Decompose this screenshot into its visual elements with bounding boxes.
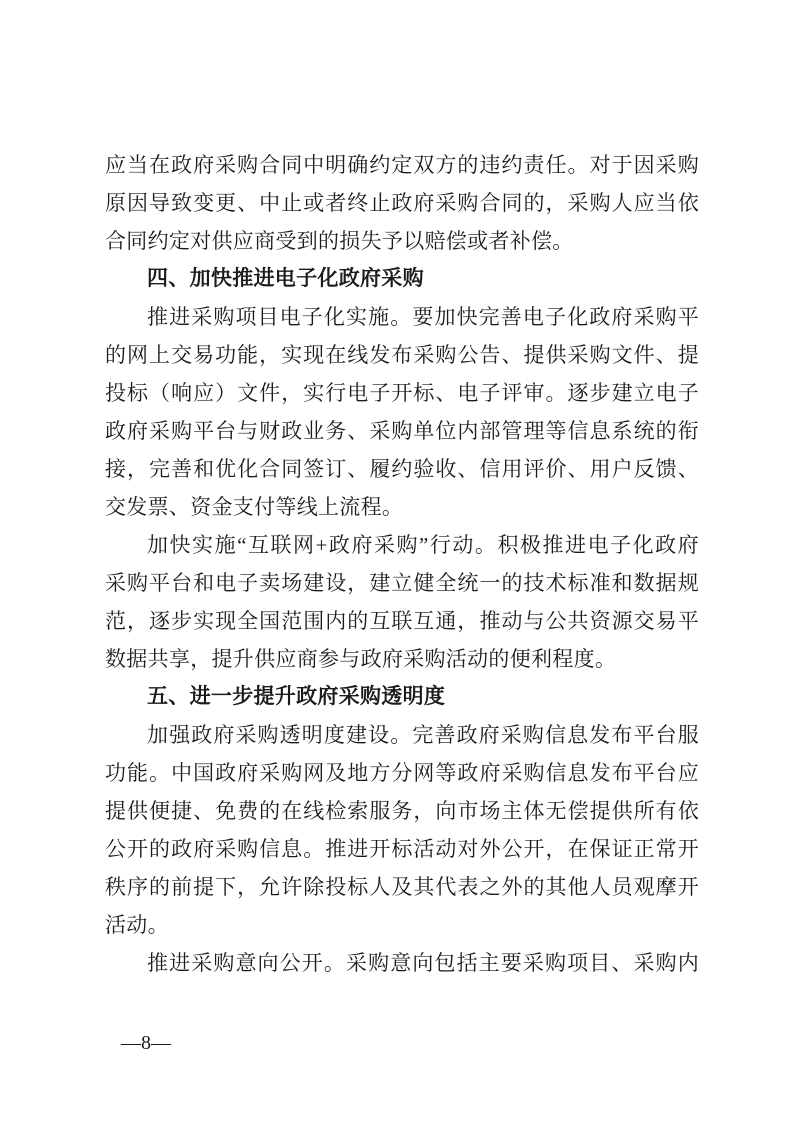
paragraph: 推进采购项目电子化实施。要加快完善电子化政府采购平台 的网上交易功能，实现在线发… (105, 298, 699, 526)
section-heading-5: 五、进一步提升政府采购透明度 (105, 678, 699, 716)
section-heading-4: 四、加快推进电子化政府采购 (105, 260, 699, 298)
text-line: 的网上交易功能，实现在线发布采购公告、提供采购文件、提交 (105, 336, 699, 374)
text-line: 合同约定对供应商受到的损失予以赔偿或者补偿。 (105, 222, 699, 260)
text-line: 推进采购项目电子化实施。要加快完善电子化政府采购平台 (105, 298, 699, 336)
text-line: 加强政府采购透明度建设。完善政府采购信息发布平台服务 (105, 716, 699, 754)
text-line: 数据共享，提升供应商参与政府采购活动的便利程度。 (105, 640, 699, 678)
paragraph: 推进采购意向公开。采购意向包括主要采购项目、采购内容 (105, 944, 699, 982)
document-page: 应当在政府采购合同中明确约定双方的违约责任。对于因采购人 原因导致变更、中止或者… (0, 0, 794, 1123)
text-line: 推进采购意向公开。采购意向包括主要采购项目、采购内容 (105, 944, 699, 982)
paragraph: 加快实施“互联网+政府采购”行动。积极推进电子化政府 采购平台和电子卖场建设，建… (105, 526, 699, 678)
text-line: 范，逐步实现全国范围内的互联互通，推动与公共资源交易平台 (105, 602, 699, 640)
text-line: 投标（响应）文件，实行电子开标、电子评审。逐步建立电子化 (105, 374, 699, 412)
text-line: 接，完善和优化合同签订、履约验收、信用评价、用户反馈、提 (105, 450, 699, 488)
text-line: 应当在政府采购合同中明确约定双方的违约责任。对于因采购人 (105, 146, 699, 184)
text-line: 采购平台和电子卖场建设，建立健全统一的技术标准和数据规 (105, 564, 699, 602)
paragraph-continuation: 应当在政府采购合同中明确约定双方的违约责任。对于因采购人 原因导致变更、中止或者… (105, 146, 699, 260)
section-heading-text: 五、进一步提升政府采购透明度 (105, 678, 699, 716)
text-line: 原因导致变更、中止或者终止政府采购合同的，采购人应当依照 (105, 184, 699, 222)
text-line: 功能。中国政府采购网及地方分网等政府采购信息发布平台应当 (105, 754, 699, 792)
text-line: 公开的政府采购信息。推进开标活动对外公开，在保证正常开标 (105, 830, 699, 868)
text-line: 提供便捷、免费的在线检索服务，向市场主体无偿提供所有依法 (105, 792, 699, 830)
document-body: 应当在政府采购合同中明确约定双方的违约责任。对于因采购人 原因导致变更、中止或者… (105, 146, 699, 982)
text-line: 政府采购平台与财政业务、采购单位内部管理等信息系统的衔 (105, 412, 699, 450)
page-number: —8— (121, 1028, 171, 1058)
text-line: 活动。 (105, 906, 699, 944)
text-line: 交发票、资金支付等线上流程。 (105, 488, 699, 526)
text-line: 秩序的前提下，允许除投标人及其代表之外的其他人员观摩开标 (105, 868, 699, 906)
section-heading-text: 四、加快推进电子化政府采购 (105, 260, 699, 298)
paragraph: 加强政府采购透明度建设。完善政府采购信息发布平台服务 功能。中国政府采购网及地方… (105, 716, 699, 944)
text-line: 加快实施“互联网+政府采购”行动。积极推进电子化政府 (105, 526, 699, 564)
